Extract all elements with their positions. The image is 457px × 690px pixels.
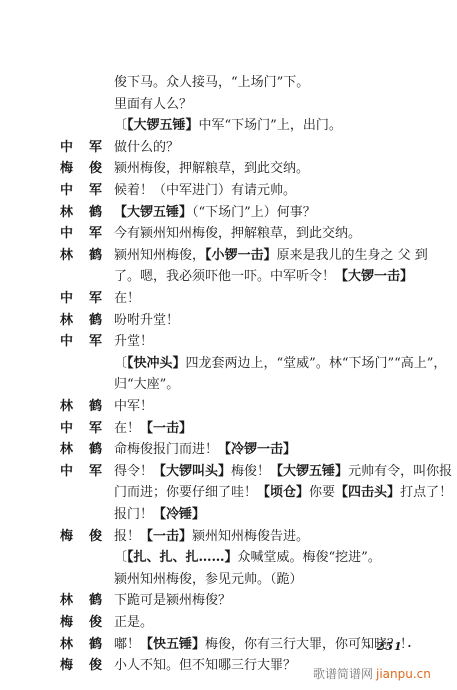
watermark: 歌谱简谱网jianpu.cn xyxy=(313,665,431,682)
line-text: 吩咐升堂！ xyxy=(114,311,179,331)
speaker-char-2: 鹤 xyxy=(89,397,102,417)
speaker-char-2: 鹤 xyxy=(89,203,102,223)
speaker-char-1: 林 xyxy=(60,397,73,417)
speaker-char-2: 俊 xyxy=(89,613,102,633)
percussion-cue: 【快五锤】 xyxy=(140,637,205,652)
percussion-cue: 【大锣五锤】 xyxy=(127,118,199,133)
line-text: 今有颍州知州梅俊，押解粮草，到此交纳。 xyxy=(114,224,361,244)
speaker-char-1: 中 xyxy=(60,138,73,158)
speaker-char-1: 林 xyxy=(60,203,73,223)
page-number: · 251 · xyxy=(367,640,412,653)
speaker-char-2: 鹤 xyxy=(89,246,102,266)
line-text: 在！ xyxy=(114,289,140,309)
percussion-cue: 【顷仓】 xyxy=(257,485,309,500)
percussion-cue: 【大锣叫头】 xyxy=(153,464,231,479)
speaker-char-1: 中 xyxy=(60,332,73,352)
line-text: 颍州知州梅俊，【小锣一击】原来是我儿的生身之 父 到 xyxy=(114,246,428,266)
percussion-cue: 【扎、扎、扎……】 xyxy=(127,550,238,565)
line-text: 下跪可是颍州梅俊？ xyxy=(114,591,231,611)
percussion-cue: 【冷锤】 xyxy=(153,507,205,522)
line-text: 命梅俊报门而进！【冷锣一击】 xyxy=(114,440,296,460)
speaker-char-2: 俊 xyxy=(89,527,102,547)
line-text: 正是。 xyxy=(114,613,153,633)
speaker-char-2: 鹤 xyxy=(89,635,102,655)
line-text: 报门！【冷锤】 xyxy=(114,505,205,525)
speaker-char-2: 军 xyxy=(89,332,102,352)
speaker-char-1: 梅 xyxy=(60,527,73,547)
speaker-char-2: 鹤 xyxy=(89,591,102,611)
percussion-cue: 【四击头】 xyxy=(335,485,400,500)
line-text: 报！【一击】颍州知州梅俊告进。 xyxy=(114,527,309,547)
line-text: 做什么的？ xyxy=(114,138,179,158)
speaker-char-1: 梅 xyxy=(60,159,73,179)
speaker-char-2: 俊 xyxy=(89,159,102,179)
line-text: 在！【一击】 xyxy=(114,419,192,439)
percussion-cue: 【一击】 xyxy=(140,529,192,544)
speaker-char-1: 中 xyxy=(60,419,73,439)
line-text: 〔【快冲头】四龙套两边上，“堂威”。林“下场门”“高上”， xyxy=(114,354,446,374)
document-page: 俊下马。众人接马，“上场门”下。里面有人么？〔【大锣五锤】中军“下场门”上，出门… xyxy=(0,0,457,690)
line-text: 〔【扎、扎、扎……】众喊堂威。梅俊“挖进”。 xyxy=(114,548,381,568)
line-text: 〔【大锣五锤】中军“下场门”上，出门。 xyxy=(114,116,342,136)
percussion-cue: 【快冲头】 xyxy=(127,356,186,371)
line-text: 归“大座”。 xyxy=(114,375,179,395)
percussion-cue: 【大锣五锤】 xyxy=(114,205,192,220)
line-text: 了。嗯，我必须吓他一吓。中军听令！【大锣一击】 xyxy=(114,267,413,287)
speaker-char-1: 林 xyxy=(60,591,73,611)
line-text: 里面有人么？ xyxy=(114,95,192,115)
speaker-char-1: 中 xyxy=(60,462,73,482)
percussion-cue: 【大锣一击】 xyxy=(335,269,413,284)
speaker-char-2: 军 xyxy=(89,224,102,244)
speaker-char-2: 军 xyxy=(89,419,102,439)
speaker-char-2: 鹤 xyxy=(89,311,102,331)
speaker-char-2: 鹤 xyxy=(89,440,102,460)
speaker-char-1: 中 xyxy=(60,289,73,309)
speaker-char-2: 俊 xyxy=(89,656,102,676)
speaker-char-1: 林 xyxy=(60,246,73,266)
percussion-cue: 【一击】 xyxy=(140,421,192,436)
speaker-char-1: 梅 xyxy=(60,656,73,676)
speaker-char-2: 军 xyxy=(89,181,102,201)
percussion-cue: 【冷锣一击】 xyxy=(218,442,296,457)
percussion-cue: 【小锣一击】 xyxy=(205,248,277,263)
percussion-cue: 【大锣五锤】 xyxy=(270,464,348,479)
line-text: 得令！【大锣叫头】梅俊！【大锣五锤】元帅有令，叫你报 xyxy=(114,462,452,482)
speaker-char-1: 林 xyxy=(60,635,73,655)
speaker-char-2: 军 xyxy=(89,289,102,309)
speaker-char-1: 梅 xyxy=(60,613,73,633)
line-text: 升堂！ xyxy=(114,332,153,352)
speaker-char-2: 军 xyxy=(89,138,102,158)
line-text: 颍州梅俊，押解粮草，到此交纳。 xyxy=(114,159,309,179)
line-text: 颍州知州梅俊，参见元帅。（跪） xyxy=(114,570,303,590)
speaker-char-1: 林 xyxy=(60,440,73,460)
speaker-char-2: 军 xyxy=(89,462,102,482)
line-text: 小人不知。但不知哪三行大罪？ xyxy=(114,656,296,676)
speaker-char-1: 中 xyxy=(60,181,73,201)
speaker-char-1: 中 xyxy=(60,224,73,244)
line-text: 俊下马。众人接马，“上场门”下。 xyxy=(114,73,309,93)
watermark-cn: 歌谱简谱网 xyxy=(313,667,373,681)
line-text: 【大锣五锤】（“下场门”上）何事？ xyxy=(114,203,316,223)
watermark-en: jianpu.cn xyxy=(376,667,431,681)
line-text: 门而进；你要仔细了哇！【顷仓】你要【四击头】打点了！ xyxy=(114,483,452,503)
line-text: 候着！（中军进门）有请元帅。 xyxy=(114,181,296,201)
speaker-char-1: 林 xyxy=(60,311,73,331)
line-text: 中军！ xyxy=(114,397,153,417)
